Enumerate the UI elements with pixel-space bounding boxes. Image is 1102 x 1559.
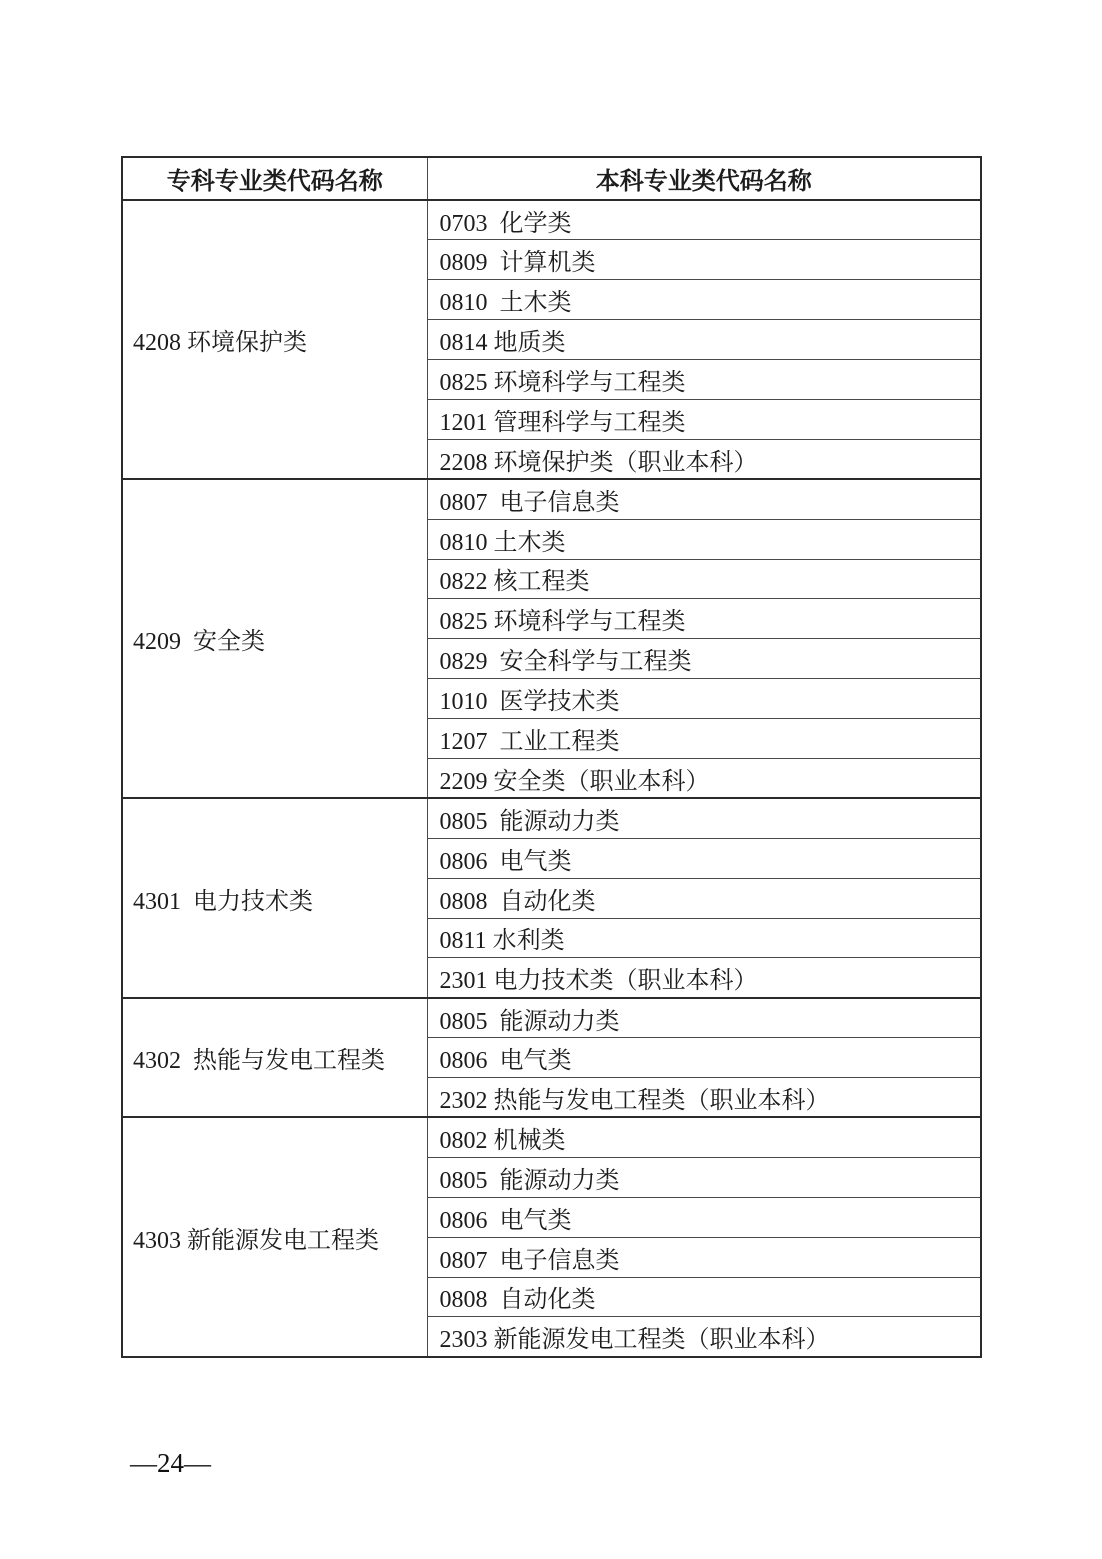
- undergraduate-category-cell: 2301 电力技术类（职业本科）: [427, 958, 981, 998]
- undergraduate-category-cell: 0805 能源动力类: [427, 798, 981, 838]
- undergraduate-category-cell: 0806 电气类: [427, 1197, 981, 1237]
- table-row: 4302 热能与发电工程类0805 能源动力类: [122, 998, 981, 1038]
- undergraduate-category-cell: 0809 计算机类: [427, 240, 981, 280]
- undergraduate-category-cell: 1207 工业工程类: [427, 719, 981, 759]
- undergraduate-category-cell: 0805 能源动力类: [427, 998, 981, 1038]
- undergraduate-category-cell: 0805 能源动力类: [427, 1157, 981, 1197]
- junior-college-category-cell: 4301 电力技术类: [122, 798, 427, 997]
- table-row: 4209 安全类0807 电子信息类: [122, 479, 981, 519]
- undergraduate-category-cell: 2303 新能源发电工程类（职业本科）: [427, 1317, 981, 1357]
- undergraduate-category-cell: 0822 核工程类: [427, 559, 981, 599]
- undergraduate-category-cell: 2208 环境保护类（职业本科）: [427, 439, 981, 479]
- undergraduate-category-cell: 2302 热能与发电工程类（职业本科）: [427, 1078, 981, 1118]
- undergraduate-category-cell: 1201 管理科学与工程类: [427, 399, 981, 439]
- document-page: 专科专业类代码名称 本科专业类代码名称 4208 环境保护类0703 化学类08…: [0, 0, 1102, 1559]
- page-number: —24—: [130, 1448, 211, 1479]
- major-codes-table: 专科专业类代码名称 本科专业类代码名称 4208 环境保护类0703 化学类08…: [121, 156, 982, 1358]
- junior-college-category-cell: 4208 环境保护类: [122, 200, 427, 479]
- table-body: 4208 环境保护类0703 化学类0809 计算机类0810 土木类0814 …: [122, 200, 981, 1357]
- undergraduate-category-cell: 0808 自动化类: [427, 878, 981, 918]
- undergraduate-category-cell: 0807 电子信息类: [427, 479, 981, 519]
- header-junior-college-column: 专科专业类代码名称: [122, 157, 427, 200]
- junior-college-category-cell: 4302 热能与发电工程类: [122, 998, 427, 1118]
- undergraduate-category-cell: 0703 化学类: [427, 200, 981, 240]
- undergraduate-category-cell: 0807 电子信息类: [427, 1237, 981, 1277]
- undergraduate-category-cell: 0811 水利类: [427, 918, 981, 958]
- junior-college-category-cell: 4209 安全类: [122, 479, 427, 798]
- undergraduate-category-cell: 0814 地质类: [427, 320, 981, 360]
- table-row: 4208 环境保护类0703 化学类: [122, 200, 981, 240]
- undergraduate-category-cell: 0825 环境科学与工程类: [427, 360, 981, 400]
- table-header-row: 专科专业类代码名称 本科专业类代码名称: [122, 157, 981, 200]
- table-row: 4303 新能源发电工程类0802 机械类: [122, 1117, 981, 1157]
- header-undergraduate-column: 本科专业类代码名称: [427, 157, 981, 200]
- undergraduate-category-cell: 1010 医学技术类: [427, 679, 981, 719]
- undergraduate-category-cell: 0808 自动化类: [427, 1277, 981, 1317]
- table-row: 4301 电力技术类0805 能源动力类: [122, 798, 981, 838]
- undergraduate-category-cell: 0810 土木类: [427, 280, 981, 320]
- undergraduate-category-cell: 0802 机械类: [427, 1117, 981, 1157]
- undergraduate-category-cell: 0810 土木类: [427, 519, 981, 559]
- undergraduate-category-cell: 0825 环境科学与工程类: [427, 599, 981, 639]
- junior-college-category-cell: 4303 新能源发电工程类: [122, 1117, 427, 1356]
- undergraduate-category-cell: 0829 安全科学与工程类: [427, 639, 981, 679]
- undergraduate-category-cell: 0806 电气类: [427, 1038, 981, 1078]
- undergraduate-category-cell: 2209 安全类（职业本科）: [427, 758, 981, 798]
- undergraduate-category-cell: 0806 电气类: [427, 838, 981, 878]
